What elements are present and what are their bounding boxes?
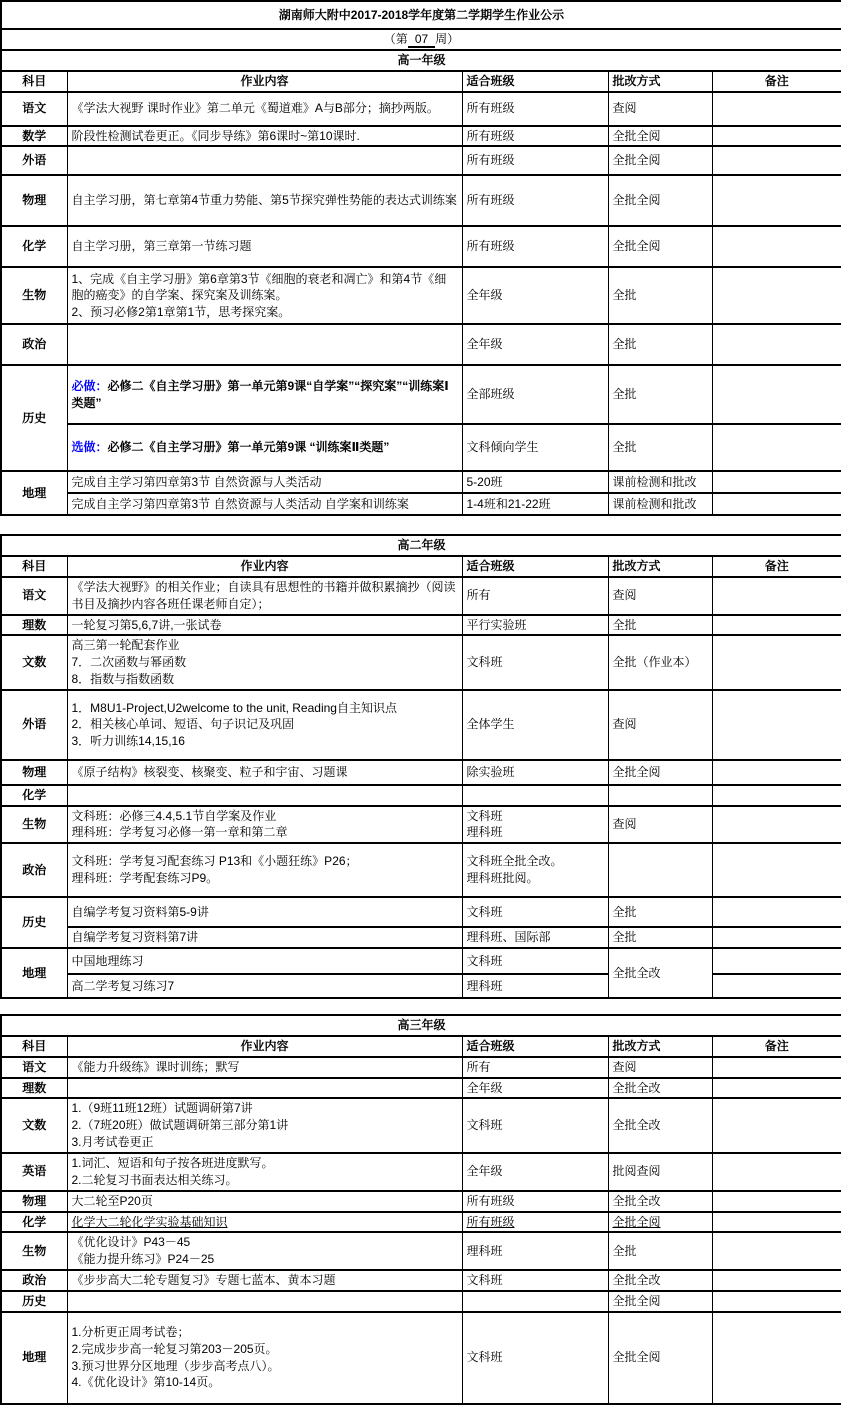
- subject-cell: 理数: [1, 615, 67, 636]
- method-cell: 全批: [608, 365, 712, 424]
- method-cell: 全批全阅: [608, 1212, 712, 1233]
- subject-cell: 理数: [1, 1078, 67, 1099]
- note-cell: [712, 897, 841, 927]
- table-row: 完成自主学习第四章第3节 自然资源与人类活动 自学案和训练案1-4班和21-22…: [1, 493, 841, 515]
- table-row: 数学阶段性检测试卷更正。《同步导练》第6课时~第10课时.所有班级全批全阅: [1, 126, 841, 147]
- method-cell: 查阅: [608, 690, 712, 760]
- subject-cell: 化学: [1, 1212, 67, 1233]
- cell-line: 全批: [613, 287, 708, 304]
- column-header-row: 科目作业内容适合班级批改方式备注: [1, 1036, 841, 1057]
- cell-line: 《能力提升练习》P24－25: [72, 1251, 458, 1268]
- cell-text: 全年级: [467, 288, 503, 302]
- cell-text: 3.月考试卷更正: [72, 1135, 154, 1149]
- cell-line: 所有: [467, 1059, 604, 1076]
- cell-line: 大二轮至P20页: [72, 1193, 458, 1210]
- content-cell: 1.分析更正周考试卷；2.完成步步高一轮复习第203－205页。3.预习世界分区…: [67, 1312, 462, 1404]
- cell-text: 所有班级: [467, 101, 515, 115]
- cell-text: 查阅: [613, 101, 637, 115]
- col-header-classes: 适合班级: [462, 71, 608, 92]
- cell-text: 1.（9班11班12班）试题调研第7讲: [72, 1101, 253, 1115]
- note-cell: [712, 1191, 841, 1212]
- cell-line: 2．相关核心单词、短语、句子识记及巩固: [72, 716, 458, 733]
- content-cell: 高二学考复习练习7: [67, 974, 462, 998]
- table-row: 生物《优化设计》P43－45《能力提升练习》P24－25理科班全批: [1, 1232, 841, 1270]
- cell-text: 阶段性检测试卷更正。《同步导练》第6课时~第10课时.: [72, 129, 360, 143]
- col-header-method: 批改方式: [608, 1036, 712, 1057]
- week-prefix: （第: [384, 32, 408, 46]
- column-header-row: 科目作业内容适合班级批改方式备注: [1, 71, 841, 92]
- cell-line: 课前检测和批改: [613, 474, 708, 491]
- cell-text: 自编学考复习资料第5-9讲: [72, 905, 209, 919]
- content-cell: 《步步高大二轮专题复习》专题七蓝本、黄本习题: [67, 1270, 462, 1291]
- week-suffix: 周）: [435, 32, 459, 46]
- cell-line: 所有班级: [467, 1193, 604, 1210]
- cell-text: 大二轮至P20页: [72, 1194, 153, 1208]
- week-subtitle: （第07周）: [1, 29, 841, 50]
- cell-line: 选做：必修二《自主学习册》第一单元第9课 “训练案Ⅱ类题”: [72, 439, 458, 456]
- method-cell: 批阅查阅: [608, 1153, 712, 1191]
- col-header-note: 备注: [712, 71, 841, 92]
- content-cell: 《学法大视野 课时作业》第二单元《蜀道难》A与B部分；摘抄两版。: [67, 92, 462, 126]
- table-row: 理数一轮复习第5,6,7讲,一张试卷平行实验班全批: [1, 615, 841, 636]
- cell-line: 全批全阅: [613, 1293, 708, 1310]
- week-number: 07: [408, 32, 435, 48]
- col-header-classes: 适合班级: [462, 1036, 608, 1057]
- cell-text: 文科倾向学生: [467, 440, 539, 454]
- table-row: 化学化学大二轮化学实验基础知识所有班级全批全阅: [1, 1212, 841, 1233]
- table-row: 物理《原子结构》核裂变、核聚变、粒子和宇宙、习题课除实验班全批全阅: [1, 760, 841, 785]
- content-cell: 必做：必修二《自主学习册》第一单元第9课“自学案”“探究案”“训练案Ⅰ类题”: [67, 365, 462, 424]
- subject-cell: 地理: [1, 471, 67, 515]
- table-row: 历史自编学考复习资料第5-9讲文科班全批: [1, 897, 841, 927]
- note-cell: [712, 690, 841, 760]
- cell-line: 全年级: [467, 336, 604, 353]
- cell-text: 全体学生: [467, 717, 515, 731]
- cell-line: 全批全阅: [613, 764, 708, 781]
- cell-line: 全批全阅: [613, 1349, 708, 1366]
- col-header-method: 批改方式: [608, 71, 712, 92]
- table-row: 化学自主学习册，第三章第一节练习题所有班级全批全阅: [1, 226, 841, 267]
- cell-text: 必修二《自主学习册》第一单元第9课 “训练案Ⅱ类题”: [108, 440, 390, 454]
- cell-line: 全批全改: [613, 965, 708, 982]
- subtitle-row: （第07周）: [1, 29, 841, 50]
- cell-text: 8．指数与指数函数: [72, 672, 175, 686]
- cell-line: 所有班级: [467, 238, 604, 255]
- classes-cell: 所有班级: [462, 92, 608, 126]
- content-cell: 自主学习册，第七章第4节重力势能、第5节探究弹性势能的表达式训练案: [67, 175, 462, 226]
- classes-cell: 理科班: [462, 974, 608, 998]
- note-cell: [712, 92, 841, 126]
- subject-cell: 语文: [1, 1057, 67, 1078]
- cell-line: 《步步高大二轮专题复习》专题七蓝本、黄本习题: [72, 1272, 458, 1289]
- cell-text: 文科班: [467, 655, 503, 669]
- cell-text: 一轮复习第5,6,7讲,一张试卷: [72, 618, 222, 632]
- cell-line: 查阅: [613, 816, 708, 833]
- cell-text: 全年级: [467, 1081, 503, 1095]
- col-header-subject: 科目: [1, 556, 67, 577]
- cell-line: 文科班: [467, 1272, 604, 1289]
- cell-text: 全批全改: [613, 966, 661, 980]
- cell-text: 文科班: [467, 1118, 503, 1132]
- note-cell: [712, 324, 841, 365]
- subject-cell: 政治: [1, 843, 67, 897]
- col-header-content: 作业内容: [67, 1036, 462, 1057]
- cell-text: 所有班级: [467, 1215, 515, 1229]
- method-cell: [608, 785, 712, 806]
- cell-text: 理科班：学考复习必修一第一章和第二章: [72, 825, 288, 839]
- cell-line: 《学法大视野 课时作业》第二单元《蜀道难》A与B部分；摘抄两版。: [72, 100, 458, 117]
- method-cell: 查阅: [608, 577, 712, 615]
- section-gap: [0, 999, 841, 1014]
- note-cell: [712, 1291, 841, 1312]
- cell-line: 全批（作业本）: [613, 654, 708, 671]
- cell-line: 2、预习必修2第1章第1节，思考探究案。: [72, 304, 458, 321]
- subject-cell: 数学: [1, 126, 67, 147]
- cell-text: 文科班: [467, 1350, 503, 1364]
- cell-line: 全年级: [467, 1163, 604, 1180]
- note-cell: [712, 577, 841, 615]
- method-cell: 全批全阅: [608, 1312, 712, 1404]
- cell-line: 文科班: [467, 808, 604, 825]
- classes-cell: 文科班: [462, 897, 608, 927]
- cell-line: 理科班：学考配套练习P9。: [72, 870, 458, 887]
- cell-text: 高三第一轮配套作业: [72, 638, 180, 652]
- subject-cell: 物理: [1, 760, 67, 785]
- cell-line: 理科班: [467, 1243, 604, 1260]
- classes-cell: 所有班级: [462, 146, 608, 175]
- section-title: 高二年级: [1, 535, 841, 556]
- table-row: 物理大二轮至P20页所有班级全批全改: [1, 1191, 841, 1212]
- table-row: 历史必做：必修二《自主学习册》第一单元第9课“自学案”“探究案”“训练案Ⅰ类题”…: [1, 365, 841, 424]
- method-cell: 全批: [608, 424, 712, 471]
- cell-text: 1.分析更正周考试卷；: [72, 1325, 190, 1339]
- cell-line: 全批: [613, 1243, 708, 1260]
- cell-text: 理科班、国际部: [467, 930, 551, 944]
- cell-text: 理科班: [467, 1244, 503, 1258]
- cell-line: 1-4班和21-22班: [467, 496, 604, 513]
- cell-text: 文科班：学考复习配套练习 P13和《小题狂练》P26；: [72, 854, 358, 868]
- content-cell: [67, 785, 462, 806]
- content-cell: 选做：必修二《自主学习册》第一单元第9课 “训练案Ⅱ类题”: [67, 424, 462, 471]
- cell-line: 全批: [613, 336, 708, 353]
- table-row: 英语1.词汇、短语和句子按各班进度默写。2.二轮复习书面表达相关练习。全年级批阅…: [1, 1153, 841, 1191]
- subject-cell: 英语: [1, 1153, 67, 1191]
- cell-text: 文科班：必修三4.4,5.1节自学案及作业: [72, 809, 277, 823]
- method-cell: 全批: [608, 324, 712, 365]
- classes-cell: 全年级: [462, 324, 608, 365]
- cell-text: 5-20班: [467, 475, 503, 489]
- cell-line: 所有班级: [467, 1214, 604, 1231]
- content-cell: [67, 1291, 462, 1312]
- cell-text: 1-4班和21-22班: [467, 497, 551, 511]
- classes-cell: 全体学生: [462, 690, 608, 760]
- title-row: 湖南师大附中2017-2018学年度第二学期学生作业公示: [1, 1, 841, 29]
- cell-text: 全批: [613, 288, 637, 302]
- method-cell: 全批全改: [608, 948, 712, 998]
- method-cell: 全批全阅: [608, 226, 712, 267]
- cell-line: 2.二轮复习书面表达相关练习。: [72, 1172, 458, 1189]
- table-row: 地理完成自主学习第四章第3节 自然资源与人类活动5-20班课前检测和批改: [1, 471, 841, 493]
- column-header-row: 科目作业内容适合班级批改方式备注: [1, 556, 841, 577]
- cell-text: 全批全改: [613, 1118, 661, 1132]
- subject-cell: 文数: [1, 1098, 67, 1152]
- cell-text: 课前检测和批改: [613, 475, 697, 489]
- method-cell: 查阅: [608, 1057, 712, 1078]
- cell-line: 查阅: [613, 100, 708, 117]
- cell-text: 理科班：学考配套练习P9。: [72, 871, 219, 885]
- subject-cell: 语文: [1, 92, 67, 126]
- cell-text: 全批: [613, 1244, 637, 1258]
- cell-line: 自主学习册，第七章第4节重力势能、第5节探究弹性势能的表达式训练案: [72, 192, 458, 209]
- table-row: 语文《能力升级练》课时训练；默写所有查阅: [1, 1057, 841, 1078]
- note-cell: [712, 1153, 841, 1191]
- content-cell: 自编学考复习资料第5-9讲: [67, 897, 462, 927]
- cell-text: 3.预习世界分区地理（步步高考点八）。: [72, 1359, 280, 1373]
- subject-cell: 外语: [1, 146, 67, 175]
- cell-line: 1、完成《自主学习册》第6章第3节《细胞的衰老和凋亡》和第4节《细胞的癌变》的自…: [72, 271, 458, 305]
- cell-line: 平行实验班: [467, 617, 604, 634]
- note-cell: [712, 267, 841, 324]
- cell-line: 全批全阅: [613, 192, 708, 209]
- method-cell: 课前检测和批改: [608, 471, 712, 493]
- cell-line: 全批全改: [613, 1272, 708, 1289]
- cell-text: 理科班: [467, 825, 503, 839]
- cell-text: 1、完成《自主学习册》第6章第3节《细胞的衰老和凋亡》和第4节《细胞的癌变》的自…: [72, 272, 447, 303]
- subject-cell: 文数: [1, 635, 67, 689]
- content-cell: 1．M8U1-Project,U2welcome to the unit, Re…: [67, 690, 462, 760]
- cell-line: 高二学考复习练习7: [72, 978, 458, 995]
- cell-line: 阶段性检测试卷更正。《同步导练》第6课时~第10课时.: [72, 128, 458, 145]
- subject-cell: 地理: [1, 1312, 67, 1404]
- classes-cell: 所有: [462, 1057, 608, 1078]
- cell-line: 所有班级: [467, 128, 604, 145]
- table-row: 语文《学法大视野 课时作业》第二单元《蜀道难》A与B部分；摘抄两版。所有班级查阅: [1, 92, 841, 126]
- cell-line: 查阅: [613, 1059, 708, 1076]
- classes-cell: 全年级: [462, 267, 608, 324]
- cell-text: 全批全改: [613, 1273, 661, 1287]
- cell-text: 全批: [613, 387, 637, 401]
- classes-cell: 所有班级: [462, 1191, 608, 1212]
- classes-cell: 文科倾向学生: [462, 424, 608, 471]
- cell-text: 文科班: [467, 1273, 503, 1287]
- cell-line: 理科班、国际部: [467, 929, 604, 946]
- cell-text: 查阅: [613, 817, 637, 831]
- content-cell: 文科班：学考复习配套练习 P13和《小题狂练》P26；理科班：学考配套练习P9。: [67, 843, 462, 897]
- cell-text: 《步步高大二轮专题复习》专题七蓝本、黄本习题: [72, 1273, 336, 1287]
- subject-cell: 外语: [1, 690, 67, 760]
- classes-cell: 所有班级: [462, 126, 608, 147]
- grade-table: 高二年级科目作业内容适合班级批改方式备注语文《学法大视野》的相关作业；自读具有思…: [0, 534, 841, 999]
- cell-line: 1.词汇、短语和句子按各班进度默写。: [72, 1155, 458, 1172]
- content-cell: [67, 1078, 462, 1099]
- classes-cell: 文科班: [462, 1270, 608, 1291]
- col-header-note: 备注: [712, 556, 841, 577]
- classes-cell: 文科班: [462, 1312, 608, 1404]
- content-cell: 1、完成《自主学习册》第6章第3节《细胞的衰老和凋亡》和第4节《细胞的癌变》的自…: [67, 267, 462, 324]
- note-cell: [712, 1270, 841, 1291]
- classes-cell: 除实验班: [462, 760, 608, 785]
- cell-line: 全年级: [467, 287, 604, 304]
- note-cell: [712, 635, 841, 689]
- cell-line: 7．二次函数与幂函数: [72, 654, 458, 671]
- cell-line: 全批: [613, 904, 708, 921]
- note-cell: [712, 948, 841, 974]
- cell-text: 所有: [467, 588, 491, 602]
- cell-line: 4.《优化设计》第10-14页。: [72, 1374, 458, 1391]
- cell-line: 《优化设计》P43－45: [72, 1234, 458, 1251]
- cell-line: 全批全阅: [613, 152, 708, 169]
- cell-text: 高二学考复习练习7: [72, 979, 175, 993]
- subject-cell: 历史: [1, 365, 67, 471]
- classes-cell: 全年级: [462, 1078, 608, 1099]
- table-row: 政治《步步高大二轮专题复习》专题七蓝本、黄本习题文科班全批全改: [1, 1270, 841, 1291]
- cell-line: 自编学考复习资料第7讲: [72, 929, 458, 946]
- content-cell: 一轮复习第5,6,7讲,一张试卷: [67, 615, 462, 636]
- content-cell: 《学法大视野》的相关作业；自读具有思想性的书籍并做积累摘抄（阅读书目及摘抄内容各…: [67, 577, 462, 615]
- cell-line: 理科班批阅。: [467, 870, 604, 887]
- cell-text: 全批: [613, 618, 637, 632]
- homework-worksheet: 湖南师大附中2017-2018学年度第二学期学生作业公示（第07周）高一年级科目…: [0, 0, 841, 1405]
- cell-text: 全批全阅: [613, 1350, 661, 1364]
- cell-line: 全年级: [467, 1080, 604, 1097]
- cell-text: 《优化设计》P43－45: [72, 1235, 191, 1249]
- method-cell: 全批: [608, 615, 712, 636]
- note-cell: [712, 226, 841, 267]
- cell-text: 所有班级: [467, 129, 515, 143]
- cell-line: 批阅查阅: [613, 1163, 708, 1180]
- content-cell: 自主学习册，第三章第一节练习题: [67, 226, 462, 267]
- section-gap: [0, 516, 841, 534]
- content-cell: 1.词汇、短语和句子按各班进度默写。2.二轮复习书面表达相关练习。: [67, 1153, 462, 1191]
- section-title: 高一年级: [1, 50, 841, 71]
- cell-text: 所有班级: [467, 153, 515, 167]
- cell-text: 文科班: [467, 905, 503, 919]
- classes-cell: 全部班级: [462, 365, 608, 424]
- cell-line: 文科班: [467, 1117, 604, 1134]
- content-cell: 化学大二轮化学实验基础知识: [67, 1212, 462, 1233]
- cell-line: 理科班：学考复习必修一第一章和第二章: [72, 824, 458, 841]
- method-cell: 全批全阅: [608, 1291, 712, 1312]
- table-row: 高二学考复习练习7理科班: [1, 974, 841, 998]
- cell-line: 3.预习世界分区地理（步步高考点八）。: [72, 1358, 458, 1375]
- classes-cell: 平行实验班: [462, 615, 608, 636]
- cell-text: 选做：: [72, 440, 108, 454]
- method-cell: 全批全阅: [608, 146, 712, 175]
- cell-line: 文科班: [467, 953, 604, 970]
- method-cell: 全批全改: [608, 1270, 712, 1291]
- cell-text: 必做：: [72, 379, 108, 393]
- cell-text: 文科班全批全改。: [467, 854, 563, 868]
- table-row: 历史全批全阅: [1, 1291, 841, 1312]
- content-cell: 高三第一轮配套作业7．二次函数与幂函数8．指数与指数函数: [67, 635, 462, 689]
- cell-text: 2.完成步步高一轮复习第203－205页。: [72, 1342, 278, 1356]
- cell-line: 3.月考试卷更正: [72, 1134, 458, 1151]
- note-cell: [712, 760, 841, 785]
- table-row: 文数1.（9班11班12班）试题调研第7讲2.（7班20班）做试题调研第三部分第…: [1, 1098, 841, 1152]
- cell-text: 自编学考复习资料第7讲: [72, 930, 199, 944]
- cell-text: 全年级: [467, 337, 503, 351]
- content-cell: [67, 146, 462, 175]
- section-header-row: 高二年级: [1, 535, 841, 556]
- cell-line: 2.完成步步高一轮复习第203－205页。: [72, 1341, 458, 1358]
- cell-line: 查阅: [613, 716, 708, 733]
- note-cell: [712, 1057, 841, 1078]
- cell-text: 必修二《自主学习册》第一单元第9课“自学案”“探究案”“训练案Ⅰ类题”: [72, 379, 449, 410]
- cell-line: 所有班级: [467, 152, 604, 169]
- classes-cell: 1-4班和21-22班: [462, 493, 608, 515]
- cell-line: 所有班级: [467, 192, 604, 209]
- cell-line: 文科班：必修三4.4,5.1节自学案及作业: [72, 808, 458, 825]
- classes-cell: [462, 785, 608, 806]
- cell-line: 1.（9班11班12班）试题调研第7讲: [72, 1100, 458, 1117]
- subject-cell: 历史: [1, 897, 67, 948]
- cell-text: 4.《优化设计》第10-14页。: [72, 1375, 221, 1389]
- cell-text: 2.（7班20班）做试题调研第三部分第1讲: [72, 1118, 289, 1132]
- subject-cell: 生物: [1, 806, 67, 844]
- note-cell: [712, 146, 841, 175]
- note-cell: [712, 615, 841, 636]
- method-cell: 全批: [608, 267, 712, 324]
- cell-line: 完成自主学习第四章第3节 自然资源与人类活动: [72, 474, 458, 491]
- cell-text: 全批: [613, 905, 637, 919]
- content-cell: 《优化设计》P43－45《能力提升练习》P24－25: [67, 1232, 462, 1270]
- classes-cell: 文科班: [462, 948, 608, 974]
- cell-text: 理科班批阅。: [467, 871, 539, 885]
- cell-text: 全批全改: [613, 1081, 661, 1095]
- subject-cell: 地理: [1, 948, 67, 998]
- cell-text: 《能力提升练习》P24－25: [72, 1252, 215, 1266]
- cell-text: 化学大二轮化学实验基础知识: [72, 1215, 228, 1229]
- cell-line: 文科倾向学生: [467, 439, 604, 456]
- note-cell: [712, 1098, 841, 1152]
- content-cell: 完成自主学习第四章第3节 自然资源与人类活动: [67, 471, 462, 493]
- cell-line: 全批全阅: [613, 1214, 708, 1231]
- cell-text: 全批全改: [613, 1194, 661, 1208]
- cell-text: 《能力升级练》课时训练；默写: [72, 1060, 240, 1074]
- cell-text: 2、预习必修2第1章第1节，思考探究案。: [72, 305, 291, 319]
- content-cell: 大二轮至P20页: [67, 1191, 462, 1212]
- cell-text: 平行实验班: [467, 618, 527, 632]
- method-cell: 全批: [608, 927, 712, 948]
- cell-line: 文科班全批全改。: [467, 853, 604, 870]
- cell-text: 所有班级: [467, 1194, 515, 1208]
- classes-cell: [462, 1291, 608, 1312]
- content-cell: 《原子结构》核裂变、核聚变、粒子和宇宙、习题课: [67, 760, 462, 785]
- cell-text: 所有班级: [467, 239, 515, 253]
- cell-text: 全批全阅: [613, 765, 661, 779]
- col-header-content: 作业内容: [67, 556, 462, 577]
- content-cell: 《能力升级练》课时训练；默写: [67, 1057, 462, 1078]
- cell-line: 查阅: [613, 587, 708, 604]
- cell-text: 2．相关核心单词、短语、句子识记及巩固: [72, 717, 295, 731]
- cell-text: 查阅: [613, 717, 637, 731]
- cell-line: 全批: [613, 439, 708, 456]
- cell-text: 全批: [613, 930, 637, 944]
- classes-cell: 所有班级: [462, 1212, 608, 1233]
- cell-text: 《学法大视野 课时作业》第二单元《蜀道难》A与B部分；摘抄两版。: [72, 101, 439, 115]
- cell-text: 所有: [467, 1060, 491, 1074]
- note-cell: [712, 1078, 841, 1099]
- col-header-method: 批改方式: [608, 556, 712, 577]
- subject-cell: 物理: [1, 1191, 67, 1212]
- note-cell: [712, 806, 841, 844]
- cell-line: 理科班: [467, 824, 604, 841]
- method-cell: 全批全改: [608, 1098, 712, 1152]
- cell-text: 全批全阅: [613, 193, 661, 207]
- cell-text: 2.二轮复习书面表达相关练习。: [72, 1173, 238, 1187]
- cell-text: 全批: [613, 337, 637, 351]
- cell-text: 完成自主学习第四章第3节 自然资源与人类活动: [72, 475, 322, 489]
